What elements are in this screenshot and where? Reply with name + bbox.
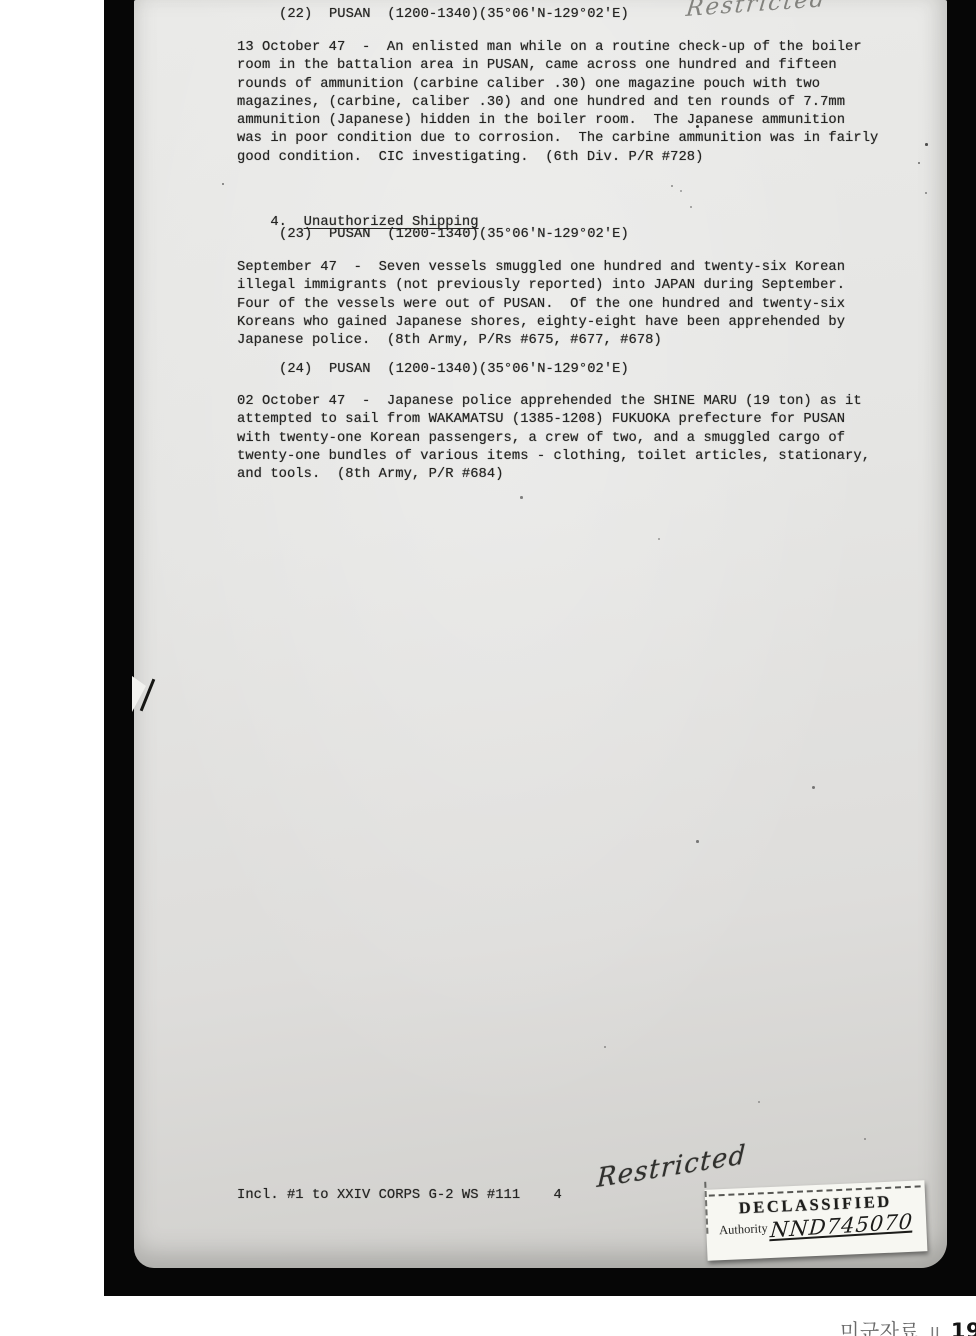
paper-speck (925, 192, 927, 194)
item-23-body: September 47 - Seven vessels smuggled on… (237, 259, 845, 350)
paper-speck (671, 185, 673, 187)
document-page: Restricted (22) PUSAN (1200-1340)(35°06'… (134, 0, 947, 1268)
paper-speck (680, 190, 682, 192)
item-22-heading: (22) PUSAN (1200-1340)(35°06'N-129°02'E) (237, 6, 629, 24)
paper-speck (222, 183, 224, 185)
paper-speck (925, 143, 928, 146)
declassified-stamp: DECLASSIFIED Authority NND745070 (705, 1180, 928, 1261)
paper-speck (658, 538, 660, 540)
paper-speck (604, 1046, 606, 1048)
handwritten-restricted-bottom: Restricted (596, 1140, 747, 1194)
paper-speck (520, 496, 523, 499)
archive-caption: 미군자료 II 197 (840, 1315, 976, 1336)
paper-speck (864, 1138, 866, 1140)
paper-shading (134, 0, 947, 1268)
item-22-body: 13 October 47 - An enlisted man while on… (237, 39, 878, 167)
item-24-body: 02 October 47 - Japanese police apprehen… (237, 393, 870, 484)
handwritten-restricted-top: Restricted (685, 0, 828, 22)
incl-footer-line: Incl. #1 to XXIV CORPS G-2 WS #111 4 (237, 1187, 562, 1205)
item-23-heading: (23) PUSAN (1200-1340)(35°06'N-129°02'E) (237, 226, 629, 244)
archive-caption-volume: II (930, 1324, 940, 1336)
stamp-authority-label: Authority (719, 1221, 768, 1237)
paper-speck (918, 162, 920, 164)
paper-speck (696, 840, 699, 843)
archive-caption-page: 197 (951, 1319, 976, 1336)
paper-speck (690, 206, 692, 208)
item-24-heading: (24) PUSAN (1200-1340)(35°06'N-129°02'E) (237, 361, 629, 379)
paper-speck (812, 786, 815, 789)
paper-speck (758, 1101, 760, 1103)
archive-caption-series: 미군자료 (840, 1319, 919, 1336)
